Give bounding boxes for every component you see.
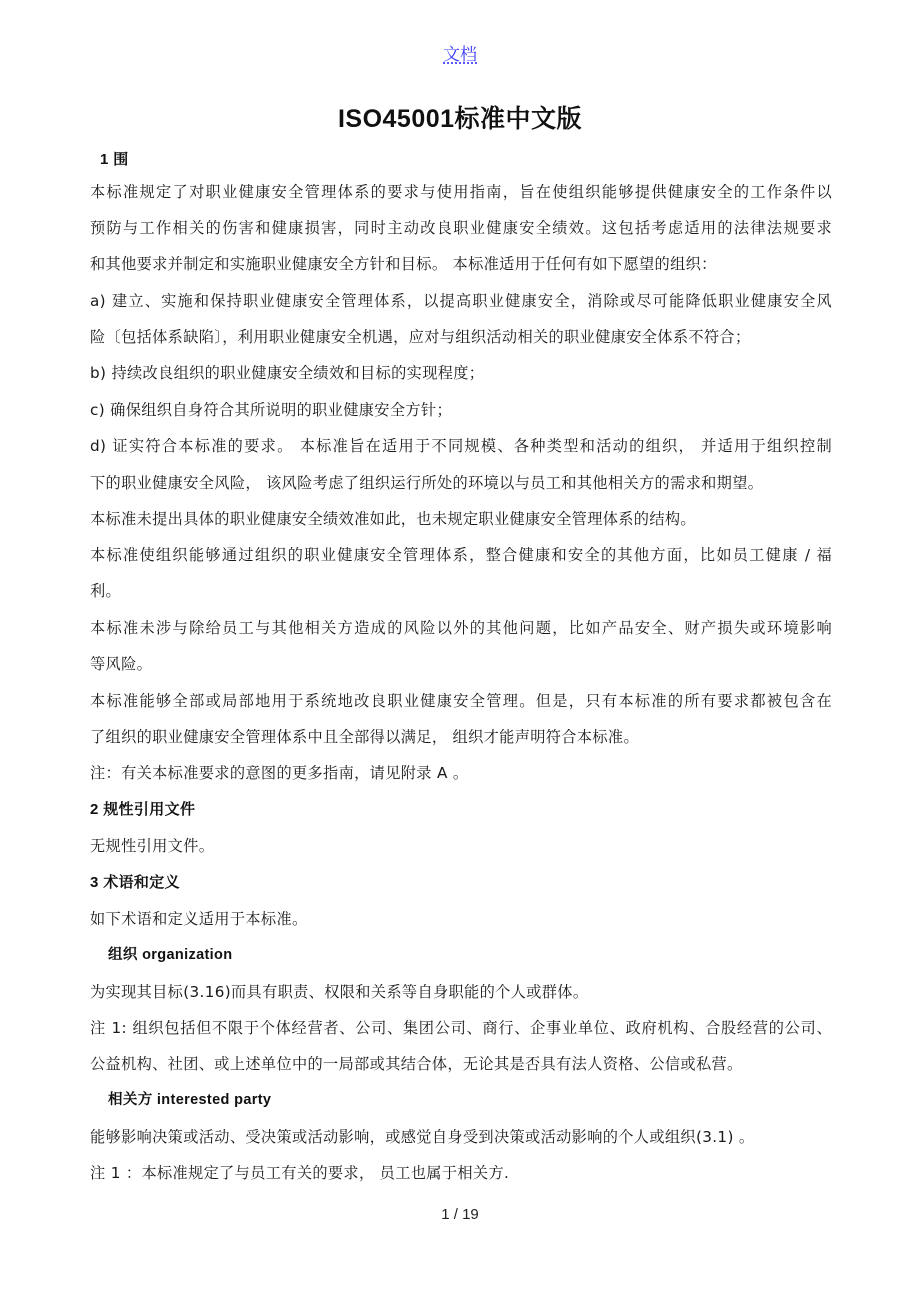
note-line: 注 1: 组织包括但不限于个体经营者、公司、集团公司、商行、企事业单位、政府机构… [90, 1018, 832, 1038]
paragraph-line: 预防与工作相关的伤害和健康损害，同时主动改良职业健康安全绩效。这包括考虑适用的法… [90, 218, 832, 238]
note-line: 注 1 ：本标准规定了与员工有关的要求， 员工也属于相关方. [90, 1163, 509, 1183]
list-item-a-cont: 险〔包括体系缺陷〕，利用职业健康安全机遇，应对与组织活动相关的职业健康安全体系不… [90, 327, 751, 347]
section-heading-scope: 1 围 [100, 150, 129, 170]
paragraph-line: 本标准未提出具体的职业健康安全绩效准如此，也未规定职业健康安全管理体系的结构。 [90, 509, 696, 529]
header-document-link[interactable]: 文档 [0, 40, 920, 65]
term-heading-organization: 组织 organization [108, 945, 232, 965]
term-heading-interested-party: 相关方 interested party [108, 1090, 271, 1110]
paragraph-line: 本标准使组织能够通过组织的职业健康安全管理体系，整合健康和安全的其他方面，比如员… [90, 545, 832, 565]
paragraph-line: 本标准未涉与除给员工与其他相关方造成的风险以外的其他问题，比如产品安全、财产损失… [90, 618, 832, 638]
list-item-c: c) 确保组织自身符合其所说明的职业健康安全方针； [90, 400, 452, 420]
paragraph-line: 无规性引用文件。 [90, 836, 214, 856]
definition-line: 为实现其目标(3.16)而具有职责、权限和关系等自身职能的个人或群体。 [90, 982, 588, 1002]
note-line: 公益机构、社团、或上述单位中的一局部或其结合体，无论其是否具有法人资格、公信或私… [90, 1054, 743, 1074]
section-heading-terms-definitions: 3 术语和定义 [90, 873, 180, 893]
paragraph-line: 了组织的职业健康安全管理体系中且全部得以满足， 组织才能声明符合本标准。 [90, 727, 639, 747]
note-line: 注：有关本标准要求的意图的更多指南，请见附录 A 。 [90, 763, 468, 783]
paragraph-line: 本标准规定了对职业健康安全管理体系的要求与使用指南，旨在使组织能够提供健康安全的… [90, 182, 832, 202]
paragraph-line: 和其他要求并制定和实施职业健康安全方针和目标。 本标准适用于任何有如下愿望的组织… [90, 254, 717, 274]
paragraph-line: 下的职业健康安全风险， 该风险考虑了组织运行所处的环境以与员工和其他相关方的需求… [90, 473, 763, 493]
page-number: 1 / 19 [0, 1206, 920, 1223]
document-page: 文档 ISO45001标准中文版 1 围 本标准规定了对职业健康安全管理体系的要… [0, 0, 920, 1302]
list-item-a: a) 建立、实施和保持职业健康安全管理体系，以提高职业健康安全，消除或尽可能降低… [90, 291, 832, 311]
section-heading-normative-references: 2 规性引用文件 [90, 800, 195, 820]
document-title: ISO45001标准中文版 [0, 99, 920, 135]
definition-line: 能够影响决策或活动、受决策或活动影响，或感觉自身受到决策或活动影响的个人或组织(… [90, 1127, 754, 1147]
list-item-b: b) 持续改良组织的职业健康安全绩效和目标的实现程度； [90, 363, 484, 383]
list-item-d: d) 证实符合本标准的要求。 本标准旨在适用于不同规模、各种类型和活动的组织， … [90, 436, 832, 456]
paragraph-line: 等风险。 [90, 654, 152, 674]
paragraph-line: 如下术语和定义适用于本标准。 [90, 909, 308, 929]
paragraph-line: 本标准能够全部或局部地用于系统地改良职业健康安全管理。但是，只有本标准的所有要求… [90, 691, 832, 711]
paragraph-line: 利。 [90, 581, 121, 601]
